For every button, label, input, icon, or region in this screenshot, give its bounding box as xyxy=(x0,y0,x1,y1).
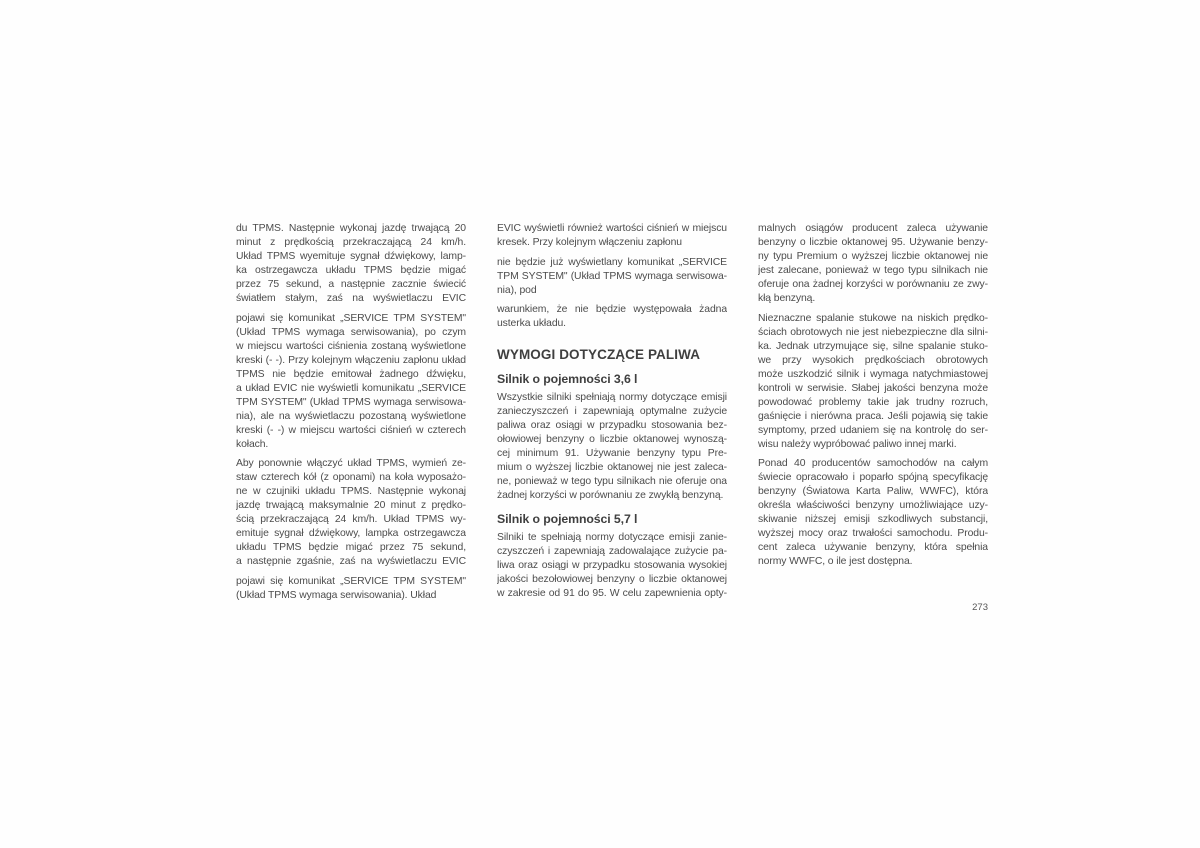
text-line: ny typu Premium o wyższej liczbie oktano… xyxy=(758,250,988,264)
text-line: pojawi się komunikat „SERVICE TPM SYSTEM… xyxy=(236,312,466,326)
text-line: Ponad 40 producentów samochodów na całym xyxy=(758,457,988,471)
text-line: ścią przekraczającą 24 km/h. Układ TPMS … xyxy=(236,513,466,527)
page-number: 273 xyxy=(888,602,988,613)
paragraph: warunkiem, że nie będzie występowała żad… xyxy=(497,303,727,331)
text-line: normy WWFC, o ile jest dostępna. xyxy=(758,555,988,569)
text-line: ołowiowej benzyny o liczbie oktanowej wy… xyxy=(497,433,727,447)
text-line: Aby ponownie włączyć układ TPMS, wymień … xyxy=(236,457,466,471)
text-column-1: du TPMS. Następnie wykonaj jazdę trwając… xyxy=(236,222,466,608)
section-heading: WYMOGI DOTYCZĄCE PALIWA xyxy=(497,347,727,363)
text-line: Silnik o pojemności 3,6 l xyxy=(497,372,727,387)
text-line: wisu należy wypróbować paliwo innej mark… xyxy=(758,438,988,452)
text-line: we przy wysokich prędkościach obrotowych xyxy=(758,354,988,368)
text-line: ne w czujniki układu TPMS. Następnie wyk… xyxy=(236,485,466,499)
text-line: kołach. xyxy=(236,438,466,452)
text-line: emituje sygnał dźwiękowy, lampka ostrzeg… xyxy=(236,527,466,541)
text-line: (Układ TPMS wymaga serwisowania), po czy… xyxy=(236,326,466,340)
text-line: Wszystkie silniki spełniają normy dotycz… xyxy=(497,391,727,405)
text-line: jakości bezołowiowej benzyny o liczbie o… xyxy=(497,573,727,587)
text-column-3: malnych osiągów producent zaleca używani… xyxy=(758,222,988,575)
text-line: w zakresie od 91 do 95. W celu zapewnien… xyxy=(497,587,727,601)
sub-heading: Silnik o pojemności 3,6 l xyxy=(497,372,727,387)
text-line: benzyny (Światowa Karta Paliw, WWFC), kt… xyxy=(758,485,988,499)
text-line: Silnik o pojemności 5,7 l xyxy=(497,512,727,527)
paragraph: pojawi się komunikat „SERVICE TPM SYSTEM… xyxy=(236,312,466,452)
text-line: symptomy, przed udaniem się na kontrolę … xyxy=(758,424,988,438)
text-line: usterka układu. xyxy=(497,317,727,331)
text-line: nia), ale na wyświetlaczu pozostaną wyśw… xyxy=(236,410,466,424)
text-line: TPM SYSTEM" (Układ TPMS wymaga serwisowa… xyxy=(497,270,727,284)
text-line: przez 75 sekund, a następnie zacznie świ… xyxy=(236,278,466,292)
text-line: du TPMS. Następnie wykonaj jazdę trwając… xyxy=(236,222,466,236)
text-line: skiwanie niższej emisji szkodliwych subs… xyxy=(758,513,988,527)
text-line: liwa oraz osiągi w przypadku stosowania … xyxy=(497,559,727,573)
paragraph: malnych osiągów producent zaleca używani… xyxy=(758,222,988,306)
paragraph: Wszystkie silniki spełniają normy dotycz… xyxy=(497,391,727,503)
text-line: czyszczeń i zapewniają zadowalające zuży… xyxy=(497,545,727,559)
text-line: cent zaleca używanie benzyny, która speł… xyxy=(758,541,988,555)
text-line: TPM SYSTEM" (Układ TPMS wymaga serwisowa… xyxy=(236,396,466,410)
text-line: określa właściwości benzyny umożliwiając… xyxy=(758,499,988,513)
text-line: staw czterech kół (z oponami) na koła wy… xyxy=(236,471,466,485)
manual-page: du TPMS. Następnie wykonaj jazdę trwając… xyxy=(0,0,1200,848)
text-line: zanieczyszczeń i zapewniają optymalne zu… xyxy=(497,405,727,419)
text-line: układu TPMS będzie migać przez 75 sekund… xyxy=(236,541,466,555)
text-line: minut z prędkością przekraczającą 24 km/… xyxy=(236,236,466,250)
paragraph: EVIC wyświetli również wartości ciśnień … xyxy=(497,222,727,250)
paragraph: Aby ponownie włączyć układ TPMS, wymień … xyxy=(236,457,466,569)
text-line: Silniki te spełniają normy dotyczące emi… xyxy=(497,531,727,545)
text-line: ka ostrzegawcza układu TPMS będzie migać xyxy=(236,264,466,278)
text-line: gaśnięcie i nierówna praca. Jeśli pojawi… xyxy=(758,410,988,424)
text-line: świecie opracowało i poparło spójną spec… xyxy=(758,471,988,485)
text-line: benzyny o liczbie oktanowej 95. Używanie… xyxy=(758,236,988,250)
text-line: a układ EVIC nie wyświetli komunikatu „S… xyxy=(236,382,466,396)
paragraph: nie będzie już wyświetlany komunikat „SE… xyxy=(497,256,727,298)
paragraph: Ponad 40 producentów samochodów na całym… xyxy=(758,457,988,569)
text-line: żadnej korzyści w porównaniu ze zwykłą b… xyxy=(497,489,727,503)
text-line: w miejscu wartości ciśnienia zostaną wyś… xyxy=(236,340,466,354)
text-line: nia), pod xyxy=(497,284,727,298)
text-column-2: EVIC wyświetli również wartości ciśnień … xyxy=(497,222,727,607)
text-line: ka. Jednak utrzymujące się, silne spalan… xyxy=(758,340,988,354)
text-line: malnych osiągów producent zaleca używani… xyxy=(758,222,988,236)
text-line: a następnie zgaśnie, zaś na wyświetlaczu… xyxy=(236,555,466,569)
text-line: pojawi się komunikat „SERVICE TPM SYSTEM… xyxy=(236,575,466,589)
text-line: powodować problemy takie jak trudny rozr… xyxy=(758,396,988,410)
paragraph: pojawi się komunikat „SERVICE TPM SYSTEM… xyxy=(236,575,466,603)
text-line: ne, ponieważ w tego typu silnikach nie o… xyxy=(497,475,727,489)
paragraph: Silniki te spełniają normy dotyczące emi… xyxy=(497,531,727,601)
text-line: może uszkodzić silnik i wymaga natychmia… xyxy=(758,368,988,382)
paragraph: Nieznaczne spalanie stukowe na niskich p… xyxy=(758,312,988,452)
text-line: wyższej mocy oraz trwałości samochodu. P… xyxy=(758,527,988,541)
text-line: warunkiem, że nie będzie występowała żad… xyxy=(497,303,727,317)
text-line: kreski (- -). Przy kolejnym włączeniu za… xyxy=(236,354,466,368)
text-line: (Układ TPMS wymaga serwisowania). Układ xyxy=(236,589,466,603)
text-line: kreski (- -) w miejscu wartości ciśnień … xyxy=(236,424,466,438)
text-line: cej minimum 91. Używanie benzyny typu Pr… xyxy=(497,447,727,461)
text-line: mium o wyższej liczbie oktanowej nie jes… xyxy=(497,461,727,475)
text-line: kontroli w serwisie. Słabej jakości benz… xyxy=(758,382,988,396)
text-line: Nieznaczne spalanie stukowe na niskich p… xyxy=(758,312,988,326)
text-line: kłą benzyną. xyxy=(758,292,988,306)
text-line: EVIC wyświetli również wartości ciśnień … xyxy=(497,222,727,236)
text-line: paliwa oraz osiągi w przypadku stosowani… xyxy=(497,419,727,433)
text-line: światłem stałym, zaś na wyświetlaczu EVI… xyxy=(236,292,466,306)
text-line: jest zalecane, ponieważ w tego typu siln… xyxy=(758,264,988,278)
text-line: oferuje ona żadnej korzyści w porównaniu… xyxy=(758,278,988,292)
text-line: Układ TPMS wyemituje sygnał dźwiękowy, l… xyxy=(236,250,466,264)
text-line: ściach obrotowych nie jest niebezpieczne… xyxy=(758,326,988,340)
text-line: WYMOGI DOTYCZĄCE PALIWA xyxy=(497,347,727,363)
paragraph: du TPMS. Następnie wykonaj jazdę trwając… xyxy=(236,222,466,306)
text-line: kresek. Przy kolejnym włączeniu zapłonu xyxy=(497,236,727,250)
text-line: nie będzie już wyświetlany komunikat „SE… xyxy=(497,256,727,270)
text-line: jazdę trwającą maksymalnie 20 minut z pr… xyxy=(236,499,466,513)
text-line: TPMS nie będzie emitował żadnego dźwięku… xyxy=(236,368,466,382)
sub-heading: Silnik o pojemności 5,7 l xyxy=(497,512,727,527)
